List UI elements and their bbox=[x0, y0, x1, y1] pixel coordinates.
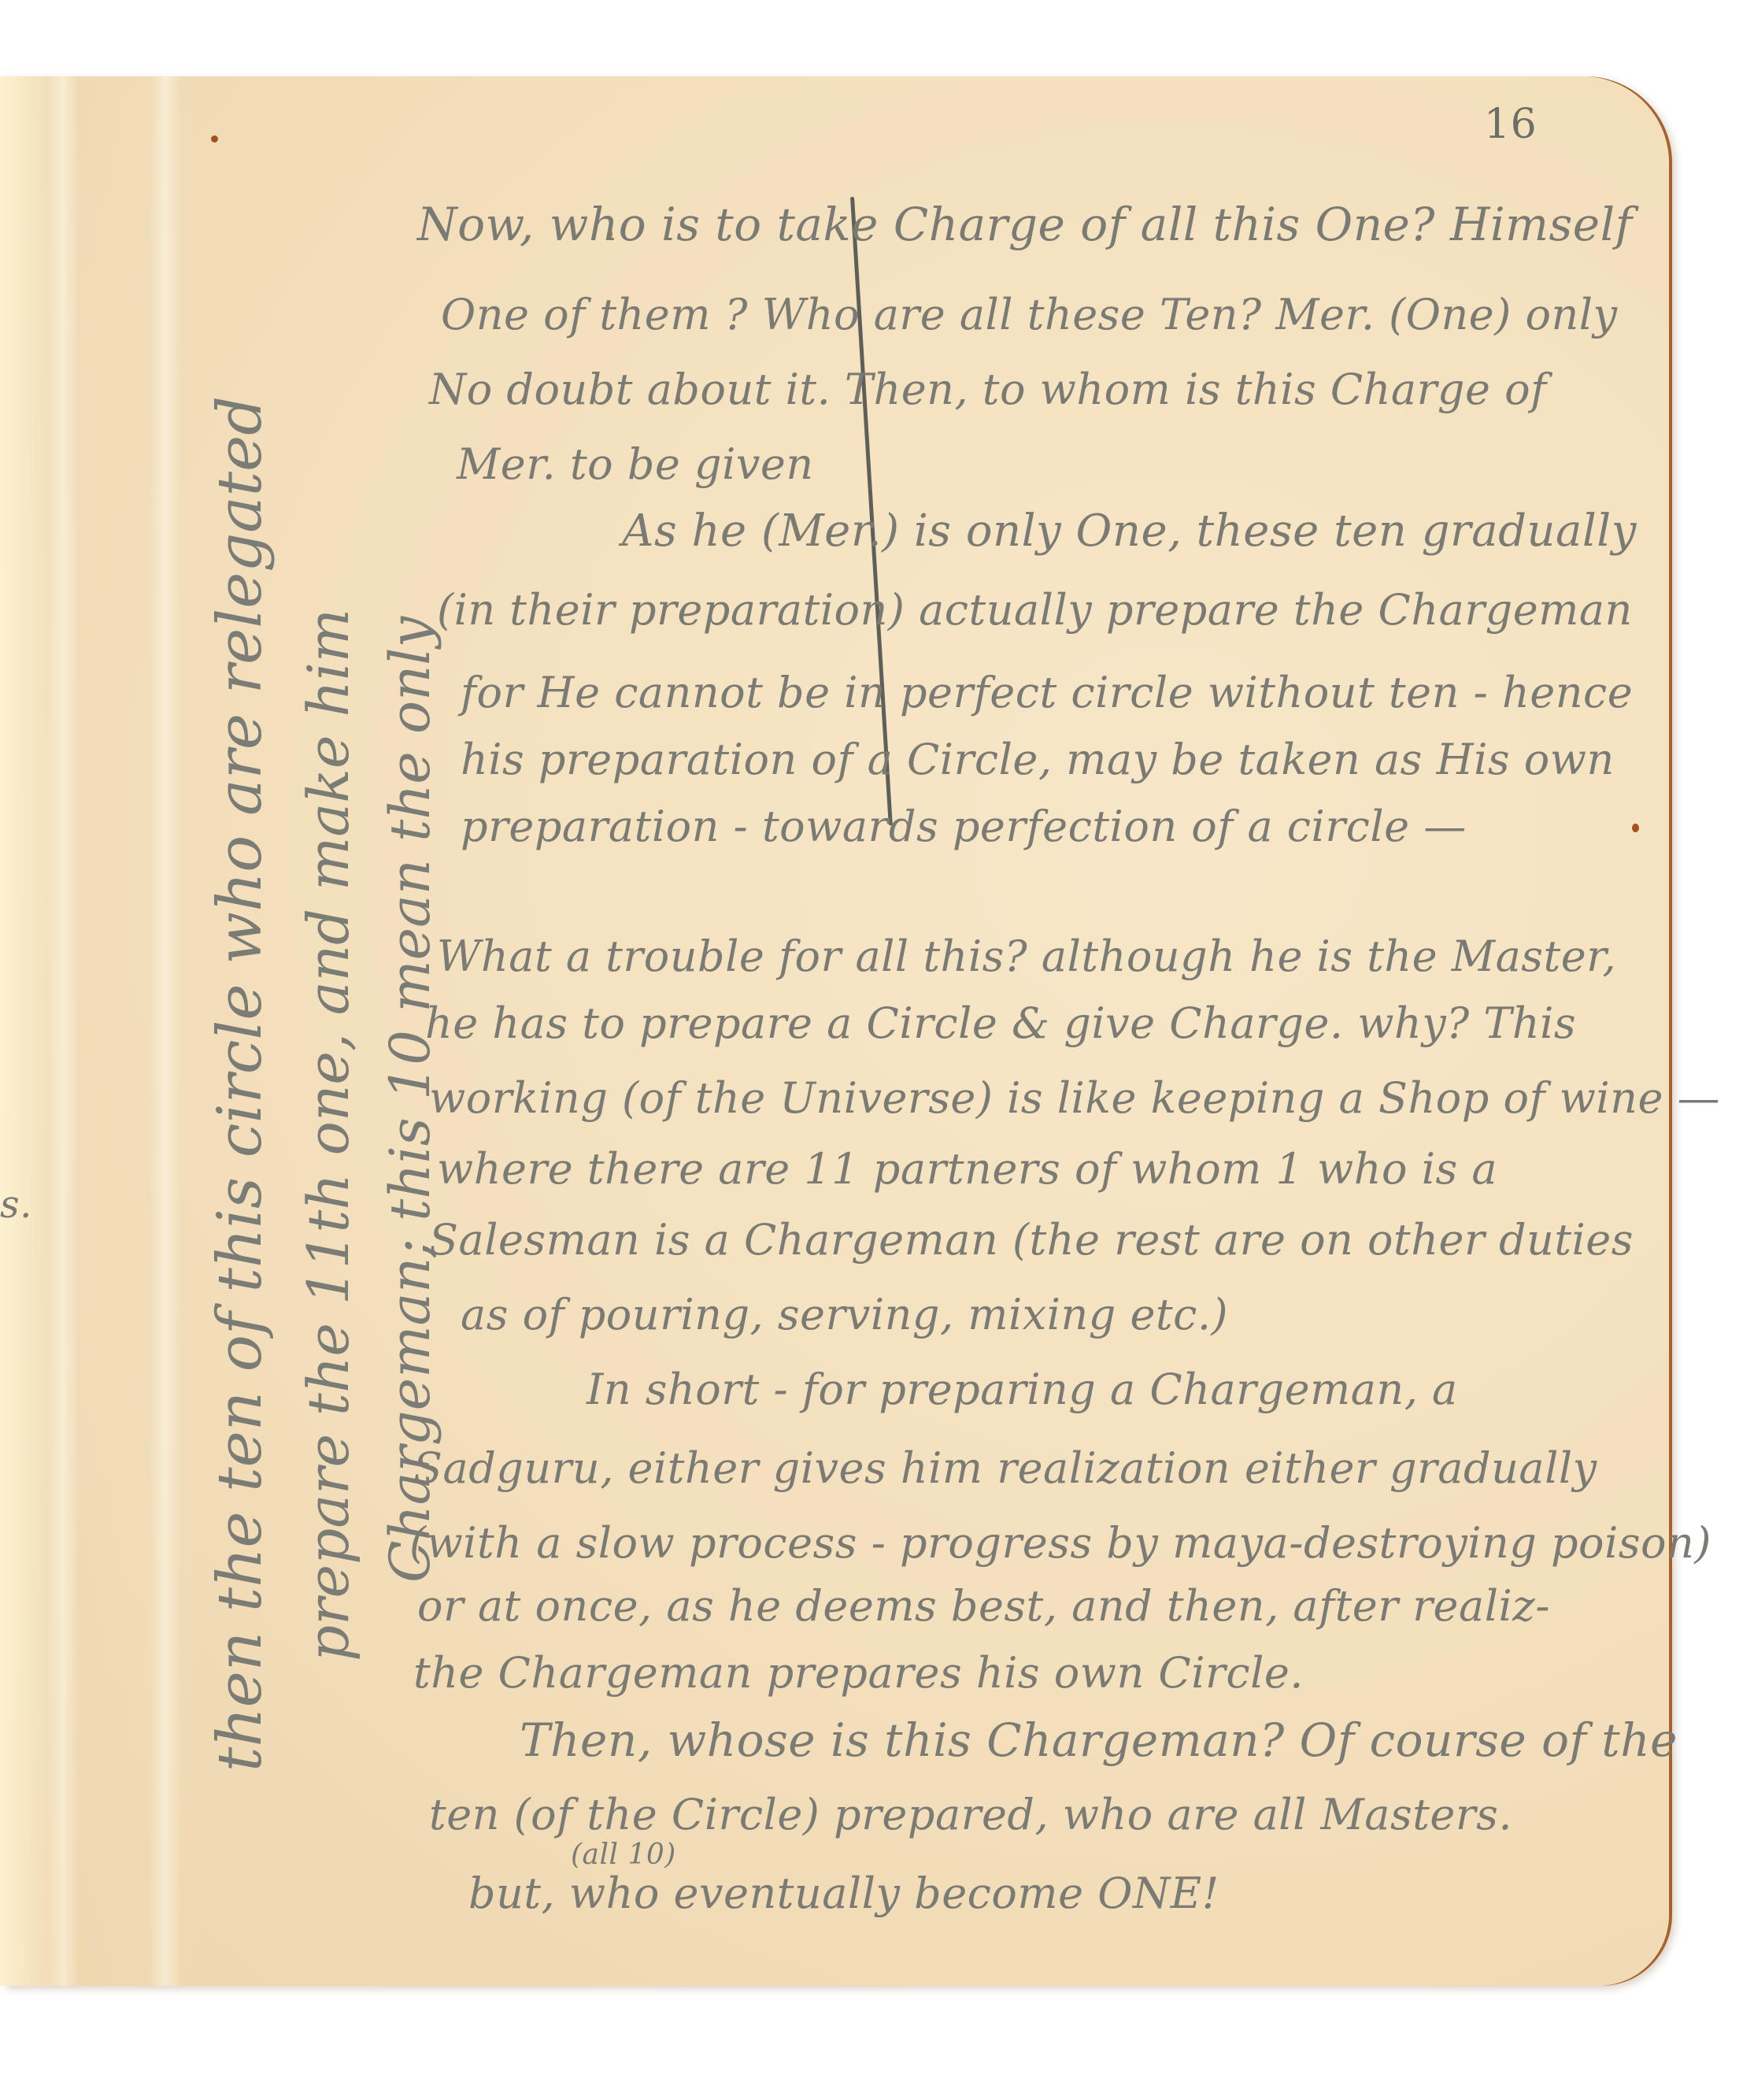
margin-note-line-2: prepare the 11th one, and make him bbox=[295, 609, 361, 1661]
margin-note-line-1: then the ten of this circle who are rele… bbox=[205, 396, 276, 1772]
manuscript-line: One of them ? Who are all these Ten? Mer… bbox=[441, 291, 1618, 339]
manuscript-line: where there are 11 partners of whom 1 wh… bbox=[437, 1146, 1497, 1193]
manuscript-line: In short - for preparing a Chargeman, a bbox=[587, 1366, 1458, 1413]
manuscript-line: as of pouring, serving, mixing etc.) bbox=[461, 1291, 1228, 1339]
manuscript-line: Salesman is a Chargeman (the rest are on… bbox=[429, 1217, 1634, 1264]
manuscript-line: Now, who is to take Charge of all this O… bbox=[417, 201, 1633, 248]
manuscript-line: (in their preparation) actually prepare … bbox=[437, 587, 1633, 634]
manuscript-line: the Chargeman prepares his own Circle. bbox=[413, 1650, 1304, 1697]
manuscript-line: As he (Mer.) is only One, these ten grad… bbox=[622, 508, 1637, 555]
manuscript-line: or at once, as he deems best, and then, … bbox=[417, 1583, 1550, 1630]
manuscript-line: ten (of the Circle) prepared, who are al… bbox=[429, 1791, 1512, 1839]
paper-stain bbox=[211, 135, 218, 143]
manuscript-line: Mer. to be given bbox=[457, 441, 814, 488]
manuscript-line: Sadguru, either gives him realization ei… bbox=[413, 1445, 1597, 1492]
manuscript-line: he has to prepare a Circle & give Charge… bbox=[425, 1000, 1576, 1047]
manuscript-line: his preparation of a Circle, may be take… bbox=[461, 736, 1615, 783]
paper-fold bbox=[150, 76, 181, 1986]
manuscript-line: What a trouble for all this? although he… bbox=[437, 933, 1616, 980]
paper-fold bbox=[47, 76, 79, 1986]
manuscript-line: No doubt about it. Then, to whom is this… bbox=[429, 366, 1547, 413]
insertion-above: (all 10) bbox=[571, 1839, 676, 1871]
manuscript-line: preparation - towards perfection of a ci… bbox=[461, 803, 1467, 850]
manuscript-line: working (of the Universe) is like keepin… bbox=[429, 1075, 1720, 1122]
manuscript-line: but, who eventually become ONE! bbox=[468, 1870, 1219, 1917]
manuscript-line: Then, whose is this Chargeman? Of course… bbox=[520, 1717, 1678, 1764]
left-edge-fragment: s. bbox=[0, 1181, 32, 1228]
manuscript-line: (with a slow process - progress by maya-… bbox=[409, 1520, 1711, 1567]
page-number: 16 bbox=[1484, 101, 1537, 148]
paper-stain bbox=[1632, 824, 1639, 832]
manuscript-line: for He cannot be in perfect circle witho… bbox=[461, 669, 1633, 717]
